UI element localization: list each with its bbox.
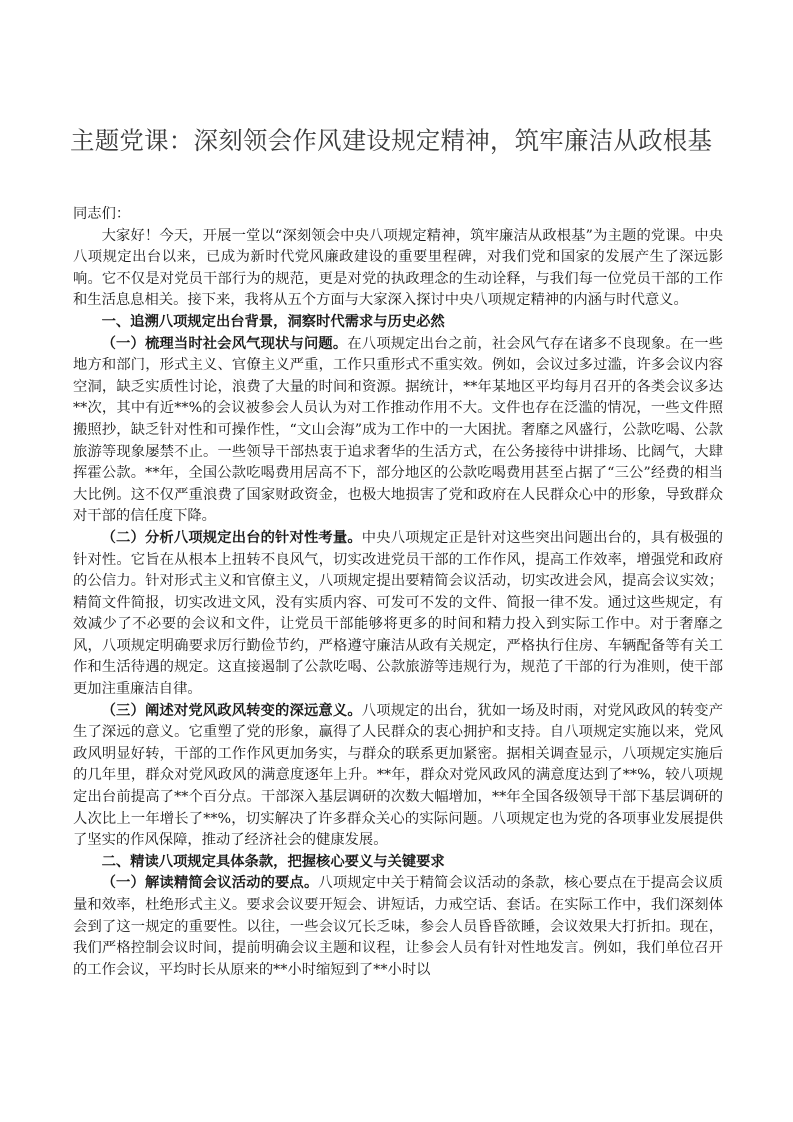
subheading: （二）分析八项规定出台的针对性考量。 xyxy=(102,530,362,546)
subheading: （三）阐述对党风政风转变的深远意义。 xyxy=(102,703,362,719)
paragraph-text: 在八项规定出台之前，社会风气存在诸多不良现象。在一些地方和部门，形式主义、官僚主… xyxy=(73,336,723,525)
paragraph-text: 八项规定的出台，犹如一场及时雨，对党风政风的转变产生了深远的意义。它重塑了党的形… xyxy=(73,703,723,849)
document-title: 主题党课：深刻领会作风建设规定精神，筑牢廉洁从政根基 xyxy=(70,122,770,157)
subheading: （一）解读精简会议活动的要点。 xyxy=(102,875,319,891)
section-heading-1: 一、追溯八项规定出台背景，洞察时代需求与历史必然 xyxy=(73,312,723,334)
paragraph: （一）解读精简会议活动的要点。八项规定中关于精简会议活动的条款，核心要点在于提高… xyxy=(73,873,723,981)
subheading: （一）梳理当时社会风气现状与问题。 xyxy=(102,336,348,352)
paragraph-text: 中央八项规定正是针对这些突出问题出台的，具有极强的针对性。它旨在从根本上扭转不良… xyxy=(73,530,723,697)
intro-paragraph: 大家好！今天，开展一堂以“深刻领会中央八项规定精神，筑牢廉洁从政根基”为主题的党… xyxy=(73,226,723,312)
document-body: 同志们： 大家好！今天，开展一堂以“深刻领会中央八项规定精神，筑牢廉洁从政根基”… xyxy=(73,204,723,981)
paragraph: （一）梳理当时社会风气现状与问题。在八项规定出台之前，社会风气存在诸多不良现象。… xyxy=(73,334,723,528)
paragraph: （二）分析八项规定出台的针对性考量。中央八项规定正是针对这些突出问题出台的，具有… xyxy=(73,528,723,701)
paragraph: （三）阐述对党风政风转变的深远意义。八项规定的出台，犹如一场及时雨，对党风政风的… xyxy=(73,701,723,852)
salutation: 同志们： xyxy=(73,204,723,226)
section-heading-2: 二、精读八项规定具体条款，把握核心要义与关键要求 xyxy=(73,852,723,874)
